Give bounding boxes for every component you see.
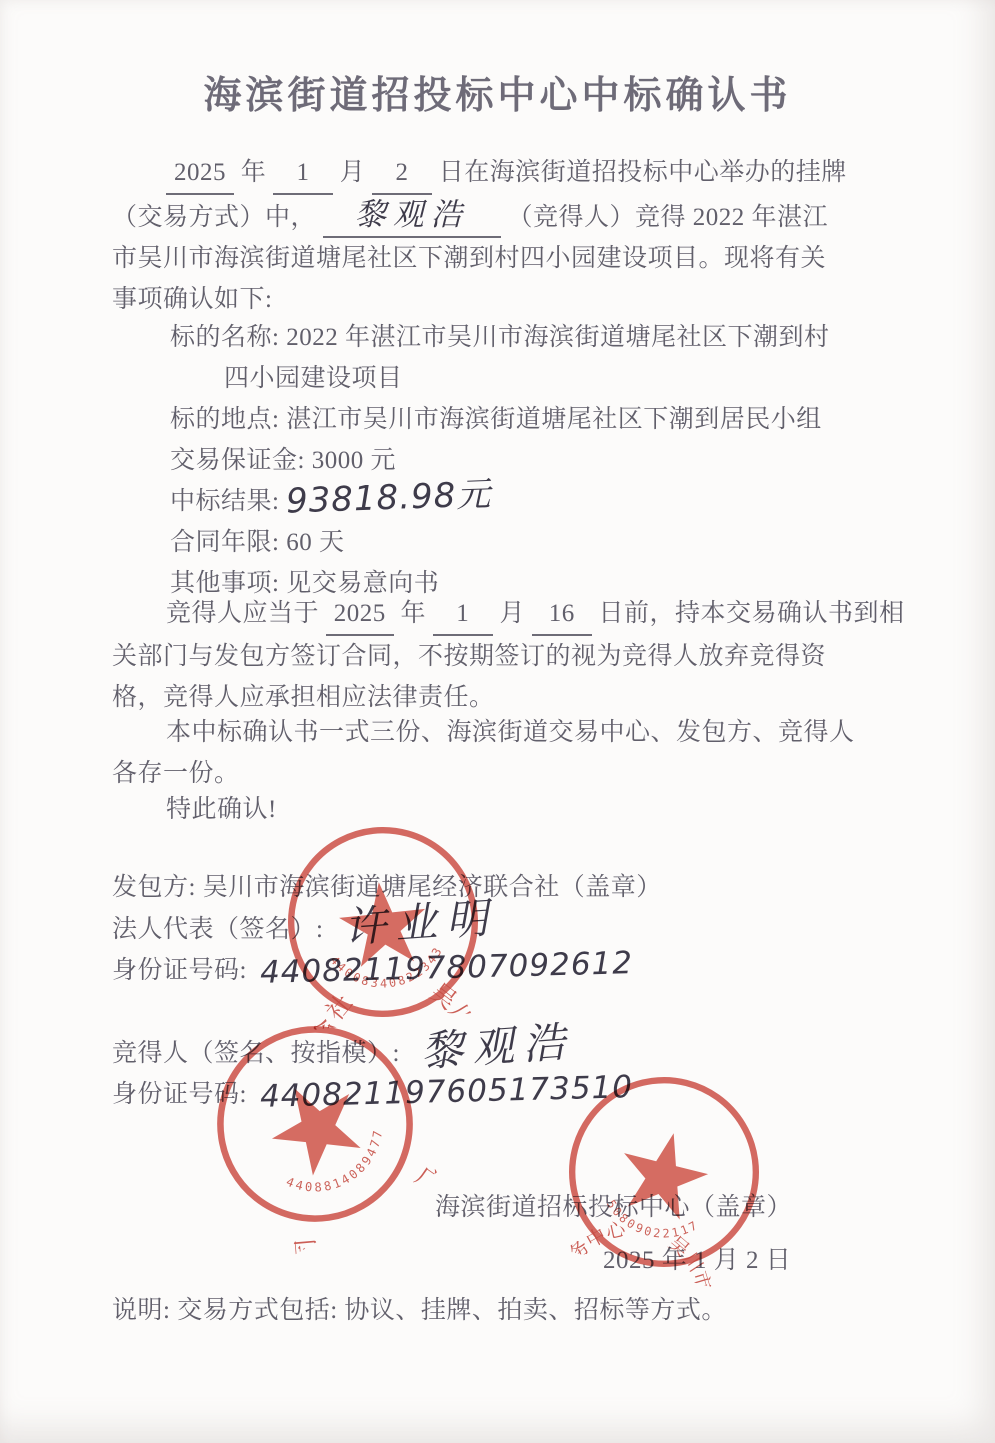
- blank-underline-field: 2: [372, 152, 432, 195]
- document-line: 本中标确认书一式三份、海滨街道交易中心、发包方、竞得人: [112, 712, 922, 753]
- document-line: 市吴川市海滨街道塘尾社区下潮到村四小园建设项目。现将有关: [112, 238, 922, 279]
- text-run: 标的地点: 湛江市吴川市海滨街道塘尾社区下潮到居民小组: [170, 406, 822, 433]
- text-run: 交易保证金: 3000 元: [170, 447, 396, 474]
- text-run: 年: [394, 600, 433, 627]
- blank-underline-field: 2025: [326, 593, 394, 636]
- document-line: 标的地点: 湛江市吴川市海滨街道塘尾社区下潮到居民小组: [170, 399, 980, 440]
- blank-underline-field: 1: [433, 593, 493, 636]
- text-run: 年: [234, 159, 273, 186]
- document-line: 说明: 交易方式包括: 协议、挂牌、拍卖、招标等方式。: [112, 1290, 922, 1331]
- document-title: 海滨街道招投标中心中标确认书: [0, 64, 995, 119]
- text-run: 各存一份。: [112, 760, 240, 787]
- text-run: 日前，持本交易确认书到相: [592, 600, 905, 627]
- blank-underline-field: 1: [273, 152, 333, 195]
- document-line: 关部门与发包方签订合同，不按期签订的视为竞得人放弃竞得资: [112, 636, 922, 677]
- document-line: 事项确认如下:: [112, 279, 922, 320]
- text-run: （竞得人）竞得 2022 年湛江: [501, 204, 828, 231]
- document-line: （交易方式）中， 黎观浩 （竞得人）竞得 2022 年湛江: [112, 195, 922, 238]
- document-line: 标的名称: 2022 年湛江市吴川市海滨街道塘尾社区下潮到村: [170, 317, 980, 358]
- opening-paragraph: 2025 年 1 月 2 日在海滨街道招投标中心举办的挂牌（交易方式）中， 黎观…: [112, 152, 922, 320]
- text-run: 市吴川市海滨街道塘尾社区下潮到村四小园建设项目。现将有关: [112, 245, 826, 272]
- text-run: 身份证号码:: [112, 957, 254, 984]
- text-run: 月: [493, 600, 532, 627]
- text-run: 四小园建设项目: [224, 365, 403, 392]
- text-run: 竞得人应当于: [166, 600, 326, 627]
- document-line: 交易保证金: 3000 元: [170, 440, 980, 481]
- text-run: 标的名称: 2022 年湛江市吴川市海滨街道塘尾社区下潮到村: [170, 324, 829, 351]
- text-run: （交易方式）中，: [112, 204, 323, 231]
- text-run: 合同年限: 60 天: [170, 529, 344, 556]
- document-line: 合同年限: 60 天: [170, 522, 980, 563]
- red-seal-stamp-tangwei: 吴川市海滨街道塘尾经济联合社44008340822343: [273, 812, 493, 1032]
- handwritten-name-field: 黎观浩: [323, 195, 501, 238]
- text-run: 中标结果:: [170, 488, 286, 515]
- document-line: 竞得人应当于 2025 年 1 月 16 日前，持本交易确认书到相: [112, 593, 922, 636]
- document-line: 四小园建设项目: [170, 358, 980, 399]
- text-run: 日在海滨街道招投标中心举办的挂牌: [432, 159, 847, 186]
- bidding-center-signature-block: 海滨街道招标投标中心（盖章）2025 年 1 月 2 日: [112, 1187, 922, 1281]
- handwritten-signature: 黎观浩: [420, 1027, 575, 1068]
- bid-details: 标的名称: 2022 年湛江市吴川市海滨街道塘尾社区下潮到村四小园建设项目标的地…: [170, 317, 980, 604]
- text-run: 说明: 交易方式包括: 协议、挂牌、拍卖、招标等方式。: [112, 1297, 727, 1324]
- footnote: 说明: 交易方式包括: 协议、挂牌、拍卖、招标等方式。: [112, 1290, 922, 1331]
- document-line: 发包方: 吴川市海滨街道塘尾经济联合社（盖章）: [112, 867, 922, 908]
- text-run: 特此确认!: [166, 796, 277, 823]
- document-line: 各存一份。: [112, 753, 922, 794]
- document-line: 特此确认!: [112, 789, 922, 830]
- document-line: 2025 年 1 月 2 日在海滨街道招投标中心举办的挂牌: [112, 152, 922, 195]
- issuer-signature-block: 发包方: 吴川市海滨街道塘尾经济联合社（盖章）法人代表（签名）: 许业明身份证号…: [112, 867, 922, 991]
- text-run: 月: [333, 159, 372, 186]
- text-run: 关部门与发包方签订合同，不按期签订的视为竞得人放弃竞得资: [112, 643, 826, 670]
- copies-paragraph: 本中标确认书一式三份、海滨街道交易中心、发包方、竞得人各存一份。: [112, 712, 922, 794]
- text-run: 本中标确认书一式三份、海滨街道交易中心、发包方、竞得人: [166, 719, 855, 746]
- deadline-paragraph: 竞得人应当于 2025 年 1 月 16 日前，持本交易确认书到相关部门与发包方…: [112, 593, 922, 718]
- document-line: 中标结果: 93818.98元: [170, 481, 980, 522]
- document-line: 法人代表（签名）: 许业明: [112, 908, 922, 950]
- text-run: 格，竞得人应承担相应法律责任。: [112, 684, 495, 711]
- handwritten-amount: 93818.98元: [286, 479, 492, 516]
- document-line: 身份证号码: 440821197807092612: [112, 950, 922, 991]
- blank-underline-field: 2025: [166, 152, 234, 195]
- scanned-document-page: 海滨街道招投标中心中标确认书 2025 年 1 月 2 日在海滨街道招投标中心举…: [0, 0, 995, 1443]
- confirmation-statement: 特此确认!: [112, 789, 922, 830]
- blank-underline-field: 16: [532, 593, 592, 636]
- text-run: 事项确认如下:: [112, 286, 272, 313]
